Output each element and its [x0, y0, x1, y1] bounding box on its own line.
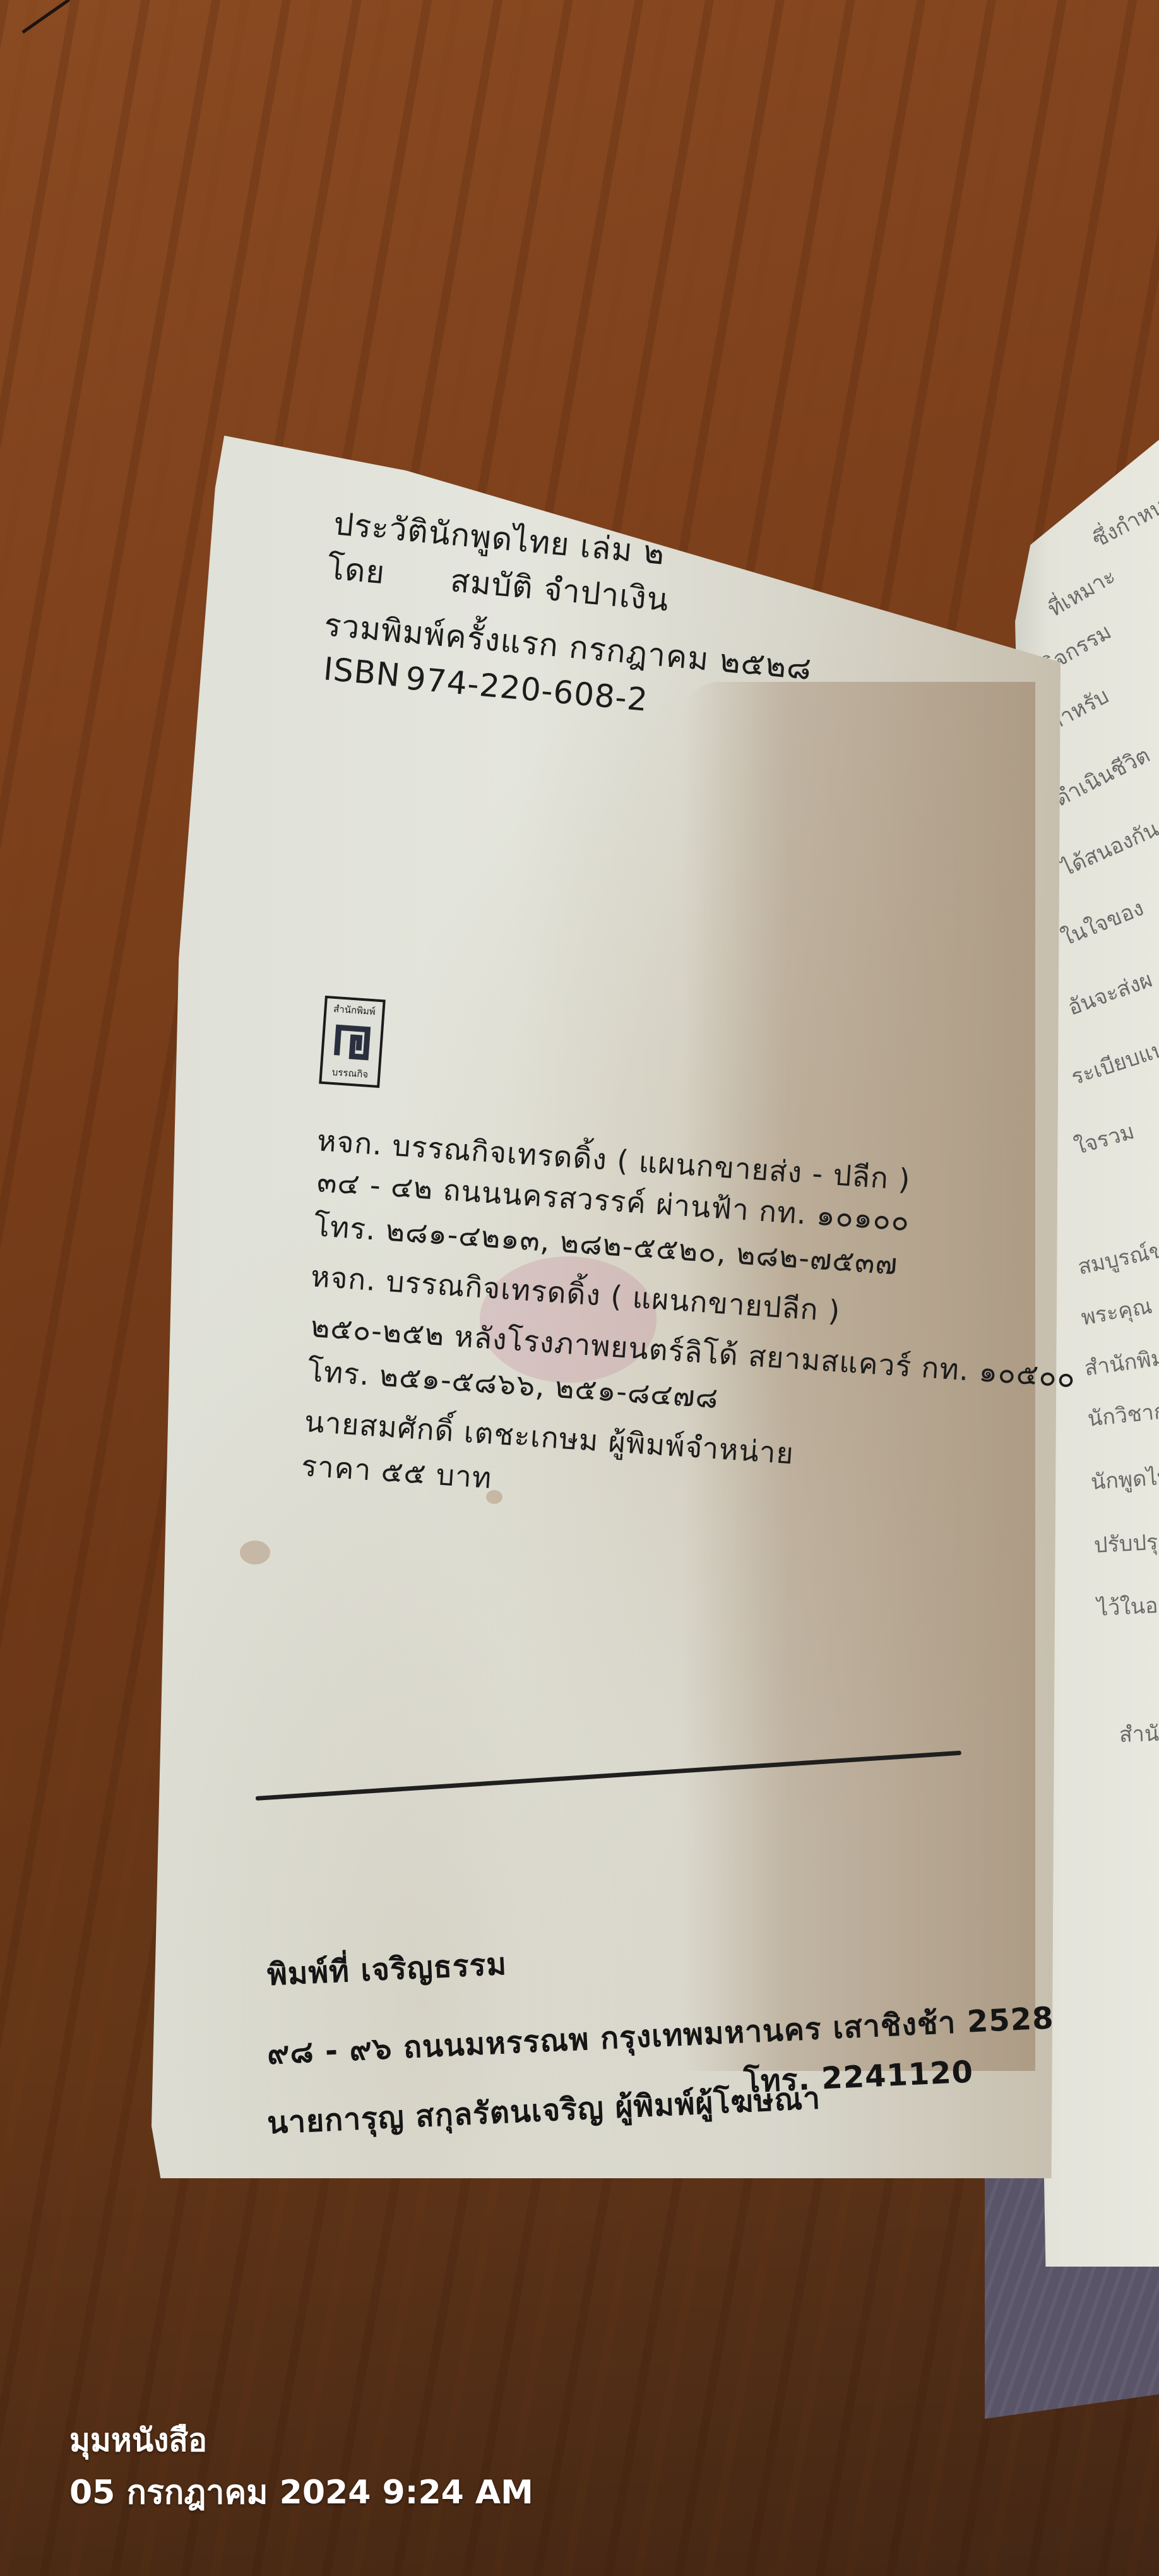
photo-scene: ซึ่งกำหนดใน ที่เหมาะ กิจกรรม สำหรับ ดำเน… [0, 0, 1159, 2576]
paper-stain [240, 1541, 270, 1565]
facing-page-fragment: ปรับปรุง [1093, 1524, 1159, 1562]
watermark-datetime: 05 กรกฎาคม 2024 9:24 AM [69, 2466, 533, 2518]
facing-page-fragment: นักพูดไทย [1090, 1458, 1159, 1499]
meander-logo-icon [333, 1022, 372, 1061]
facing-page-fragment: ไว้ในอ [1097, 1588, 1159, 1625]
facing-page-fragment: พระคุณ [1078, 1289, 1155, 1335]
logo-bottom-text: บรรณกิจ [331, 1064, 369, 1082]
table-corner-edge [0, 0, 70, 33]
facing-page-fragment: อันจะส่งผ [1063, 962, 1157, 1024]
facing-page-fragment: ในใจของ [1056, 891, 1149, 955]
watermark-title: มุมหนังสือ [69, 2416, 207, 2466]
isbn-label: ISBN [322, 650, 402, 694]
facing-page-fragment: สำนักพิม [1119, 1715, 1159, 1751]
facing-page-fragment: ซึ่งกำหนดใน [1086, 470, 1159, 556]
facing-page-fragment: สมบูรณ์ขอ [1074, 1230, 1159, 1284]
facing-page-fragment: ระเบียบแบบ [1067, 1027, 1159, 1094]
logo-top-text: สำนักพิมพ์ [333, 1001, 376, 1020]
facing-page-fragment: นักวิชาการ [1086, 1391, 1159, 1436]
facing-page-fragment: ใจรวม [1071, 1114, 1138, 1164]
facing-page-fragment: ดำเนินชีวิต [1049, 738, 1156, 815]
facing-page-fragment: ได้สนองกัน [1055, 812, 1159, 885]
author-prefix: โดย [325, 543, 387, 598]
publisher-logo: สำนักพิมพ์ บรรณกิจ [319, 996, 386, 1088]
facing-page-fragment: ที่เหมาะ [1042, 559, 1122, 626]
facing-page-fragment: สำนักพิมพ์ [1082, 1338, 1159, 1385]
